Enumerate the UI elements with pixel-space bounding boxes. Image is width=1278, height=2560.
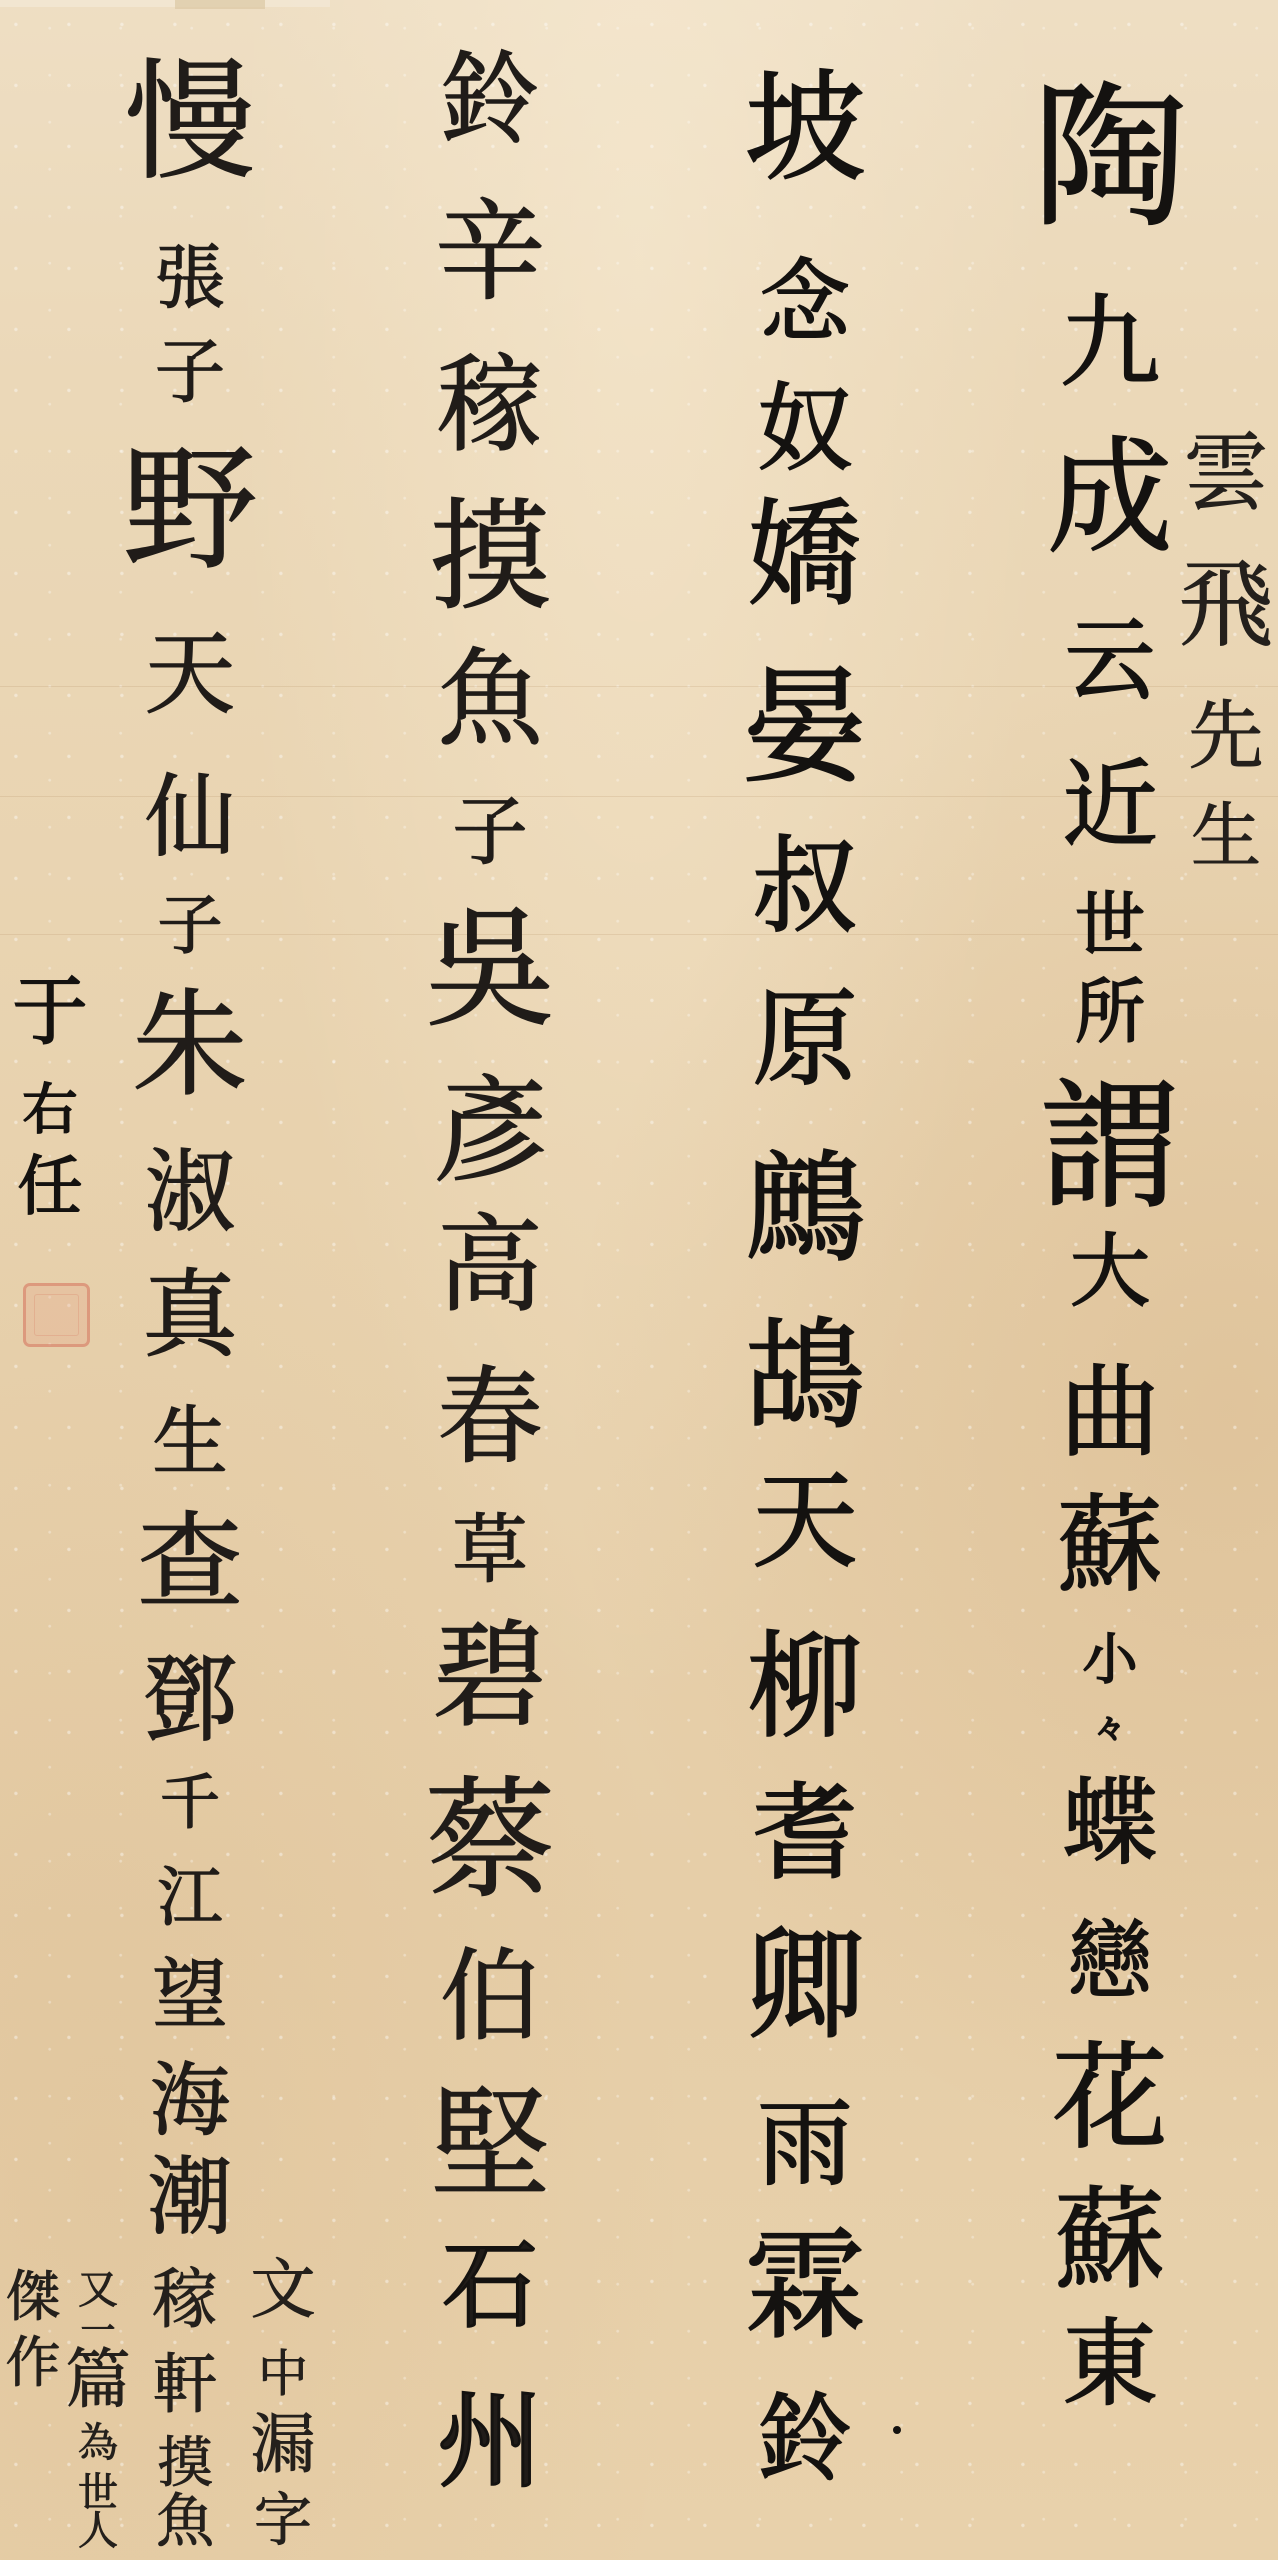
colophon-char: 傑 xyxy=(0,2270,66,2325)
calligraphy-character: 吳 xyxy=(400,904,580,1034)
calligraphy-character: 陶 xyxy=(1020,81,1200,236)
calligraphy-character: 蘇 xyxy=(1020,2185,1200,2295)
calligraphy-character: 鈴 xyxy=(400,50,580,150)
calligraphy-character: 晏 xyxy=(720,666,890,791)
colophon-column-4: 傑 作 xyxy=(0,0,66,2560)
colophon-column-3: 又 一 篇 為 世 人 xyxy=(63,0,133,2560)
calligraphy-character: 摸 xyxy=(400,498,580,618)
colophon-char: 摸 xyxy=(148,2436,222,2491)
calligraphy-character: 云 xyxy=(1020,616,1200,706)
calligraphy-character: 念 xyxy=(720,258,890,348)
calligraphy-character: 曲 xyxy=(1020,1363,1200,1463)
main-text-column-3: 鈴 辛 稼 摸 魚 子 吳 彥 高 春 草 碧 蔡 伯 堅 石 州 xyxy=(400,0,580,2560)
calligraphy-character: 柳 xyxy=(720,1631,890,1746)
calligraphy-character: 坡 xyxy=(720,69,890,189)
calligraphy-character: 州 xyxy=(400,2390,580,2495)
calligraphy-character: 卿 xyxy=(720,1927,890,2047)
calligraphy-character: 耆 xyxy=(720,1782,890,1887)
colophon-char: 字 xyxy=(246,2491,320,2549)
calligraphy-character: 叔 xyxy=(720,835,890,940)
colophon-char: 文 xyxy=(246,2258,320,2323)
calligraphy-character: 嬌 xyxy=(720,499,890,614)
calligraphy-character: 成 xyxy=(1020,436,1200,561)
calligraphy-character: 雨 xyxy=(720,2098,890,2193)
calligraphy-character: 辛 xyxy=(400,197,580,307)
calligraphy-character: 九 xyxy=(1020,293,1200,393)
colophon-char: 稼 xyxy=(148,2268,222,2333)
colophon-char: 世 xyxy=(63,2473,133,2513)
calligraphy-character: 小 xyxy=(1020,1633,1200,1688)
main-text-column-2: 坡 念 奴 嬌 晏 叔 原 鷓 鴣 天 柳 耆 卿 雨 霖 鈴 xyxy=(720,0,890,2560)
calligraphy-character: 東 xyxy=(1020,2318,1200,2413)
colophon-column-1: 文 中 漏 字 xyxy=(246,0,320,2560)
iteration-mark: 々 xyxy=(1020,1715,1200,1745)
calligraphy-character: 蝶 xyxy=(1020,1777,1200,1872)
calligraphy-character: 鴣 xyxy=(720,1317,890,1437)
calligraphy-character: 近 xyxy=(1020,759,1200,854)
colophon-char: 篇 xyxy=(63,2348,133,2413)
calligraphy-character: 謂 xyxy=(1020,1078,1200,1218)
main-text-column-1: 陶 九 成 云 近 世 所 謂 大 曲 蘇 小 々 蝶 戀 花 蘇 東 xyxy=(1020,0,1200,2560)
calligraphy-character: 原 xyxy=(720,988,890,1093)
calligraphy-character-deleted: 鈴 xyxy=(720,2393,890,2488)
calligraphy-character: 世 xyxy=(1020,890,1200,960)
colophon-char: 漏 xyxy=(246,2413,320,2478)
colophon-char: 軒 xyxy=(148,2353,222,2418)
calligraphy-scroll: 雲 飛 先 生 陶 九 成 云 近 世 所 謂 大 曲 蘇 小 々 蝶 戀 花 … xyxy=(0,0,1278,2560)
calligraphy-character: 霖 xyxy=(720,2227,890,2347)
calligraphy-character: 伯 xyxy=(400,1947,580,2047)
calligraphy-character: 碧 xyxy=(400,1620,580,1735)
calligraphy-character: 蘇 xyxy=(1020,1494,1200,1599)
colophon-column-2: 稼 軒 摸 魚 xyxy=(148,0,222,2560)
calligraphy-character: 所 xyxy=(1020,977,1200,1047)
calligraphy-character: 高 xyxy=(400,1214,580,1319)
colophon-char: 魚 xyxy=(148,2492,222,2550)
colophon-char: 人 xyxy=(63,2511,133,2551)
calligraphy-character: 奴 xyxy=(720,383,890,478)
calligraphy-character: 鷓 xyxy=(720,1150,890,1270)
calligraphy-character: 春 xyxy=(400,1366,580,1471)
calligraphy-character: 大 xyxy=(1020,1232,1200,1312)
deletion-mark-dot xyxy=(893,2426,901,2434)
calligraphy-character: 蔡 xyxy=(400,1775,580,1905)
colophon-char: 為 xyxy=(63,2423,133,2463)
calligraphy-character: 魚 xyxy=(400,648,580,753)
calligraphy-character: 花 xyxy=(1020,2042,1200,2157)
colophon-char: 又 xyxy=(63,2270,133,2310)
colophon-char: 作 xyxy=(0,2336,66,2391)
calligraphy-character: 堅 xyxy=(400,2086,580,2206)
calligraphy-character: 石 xyxy=(400,2240,580,2335)
calligraphy-character: 稼 xyxy=(400,354,580,459)
calligraphy-character: 戀 xyxy=(1020,1920,1200,2005)
calligraphy-character: 彥 xyxy=(400,1075,580,1190)
calligraphy-character: 天 xyxy=(720,1470,890,1575)
calligraphy-character: 子 xyxy=(400,795,580,870)
colophon-char: 中 xyxy=(246,2349,320,2399)
calligraphy-character: 草 xyxy=(400,1513,580,1588)
